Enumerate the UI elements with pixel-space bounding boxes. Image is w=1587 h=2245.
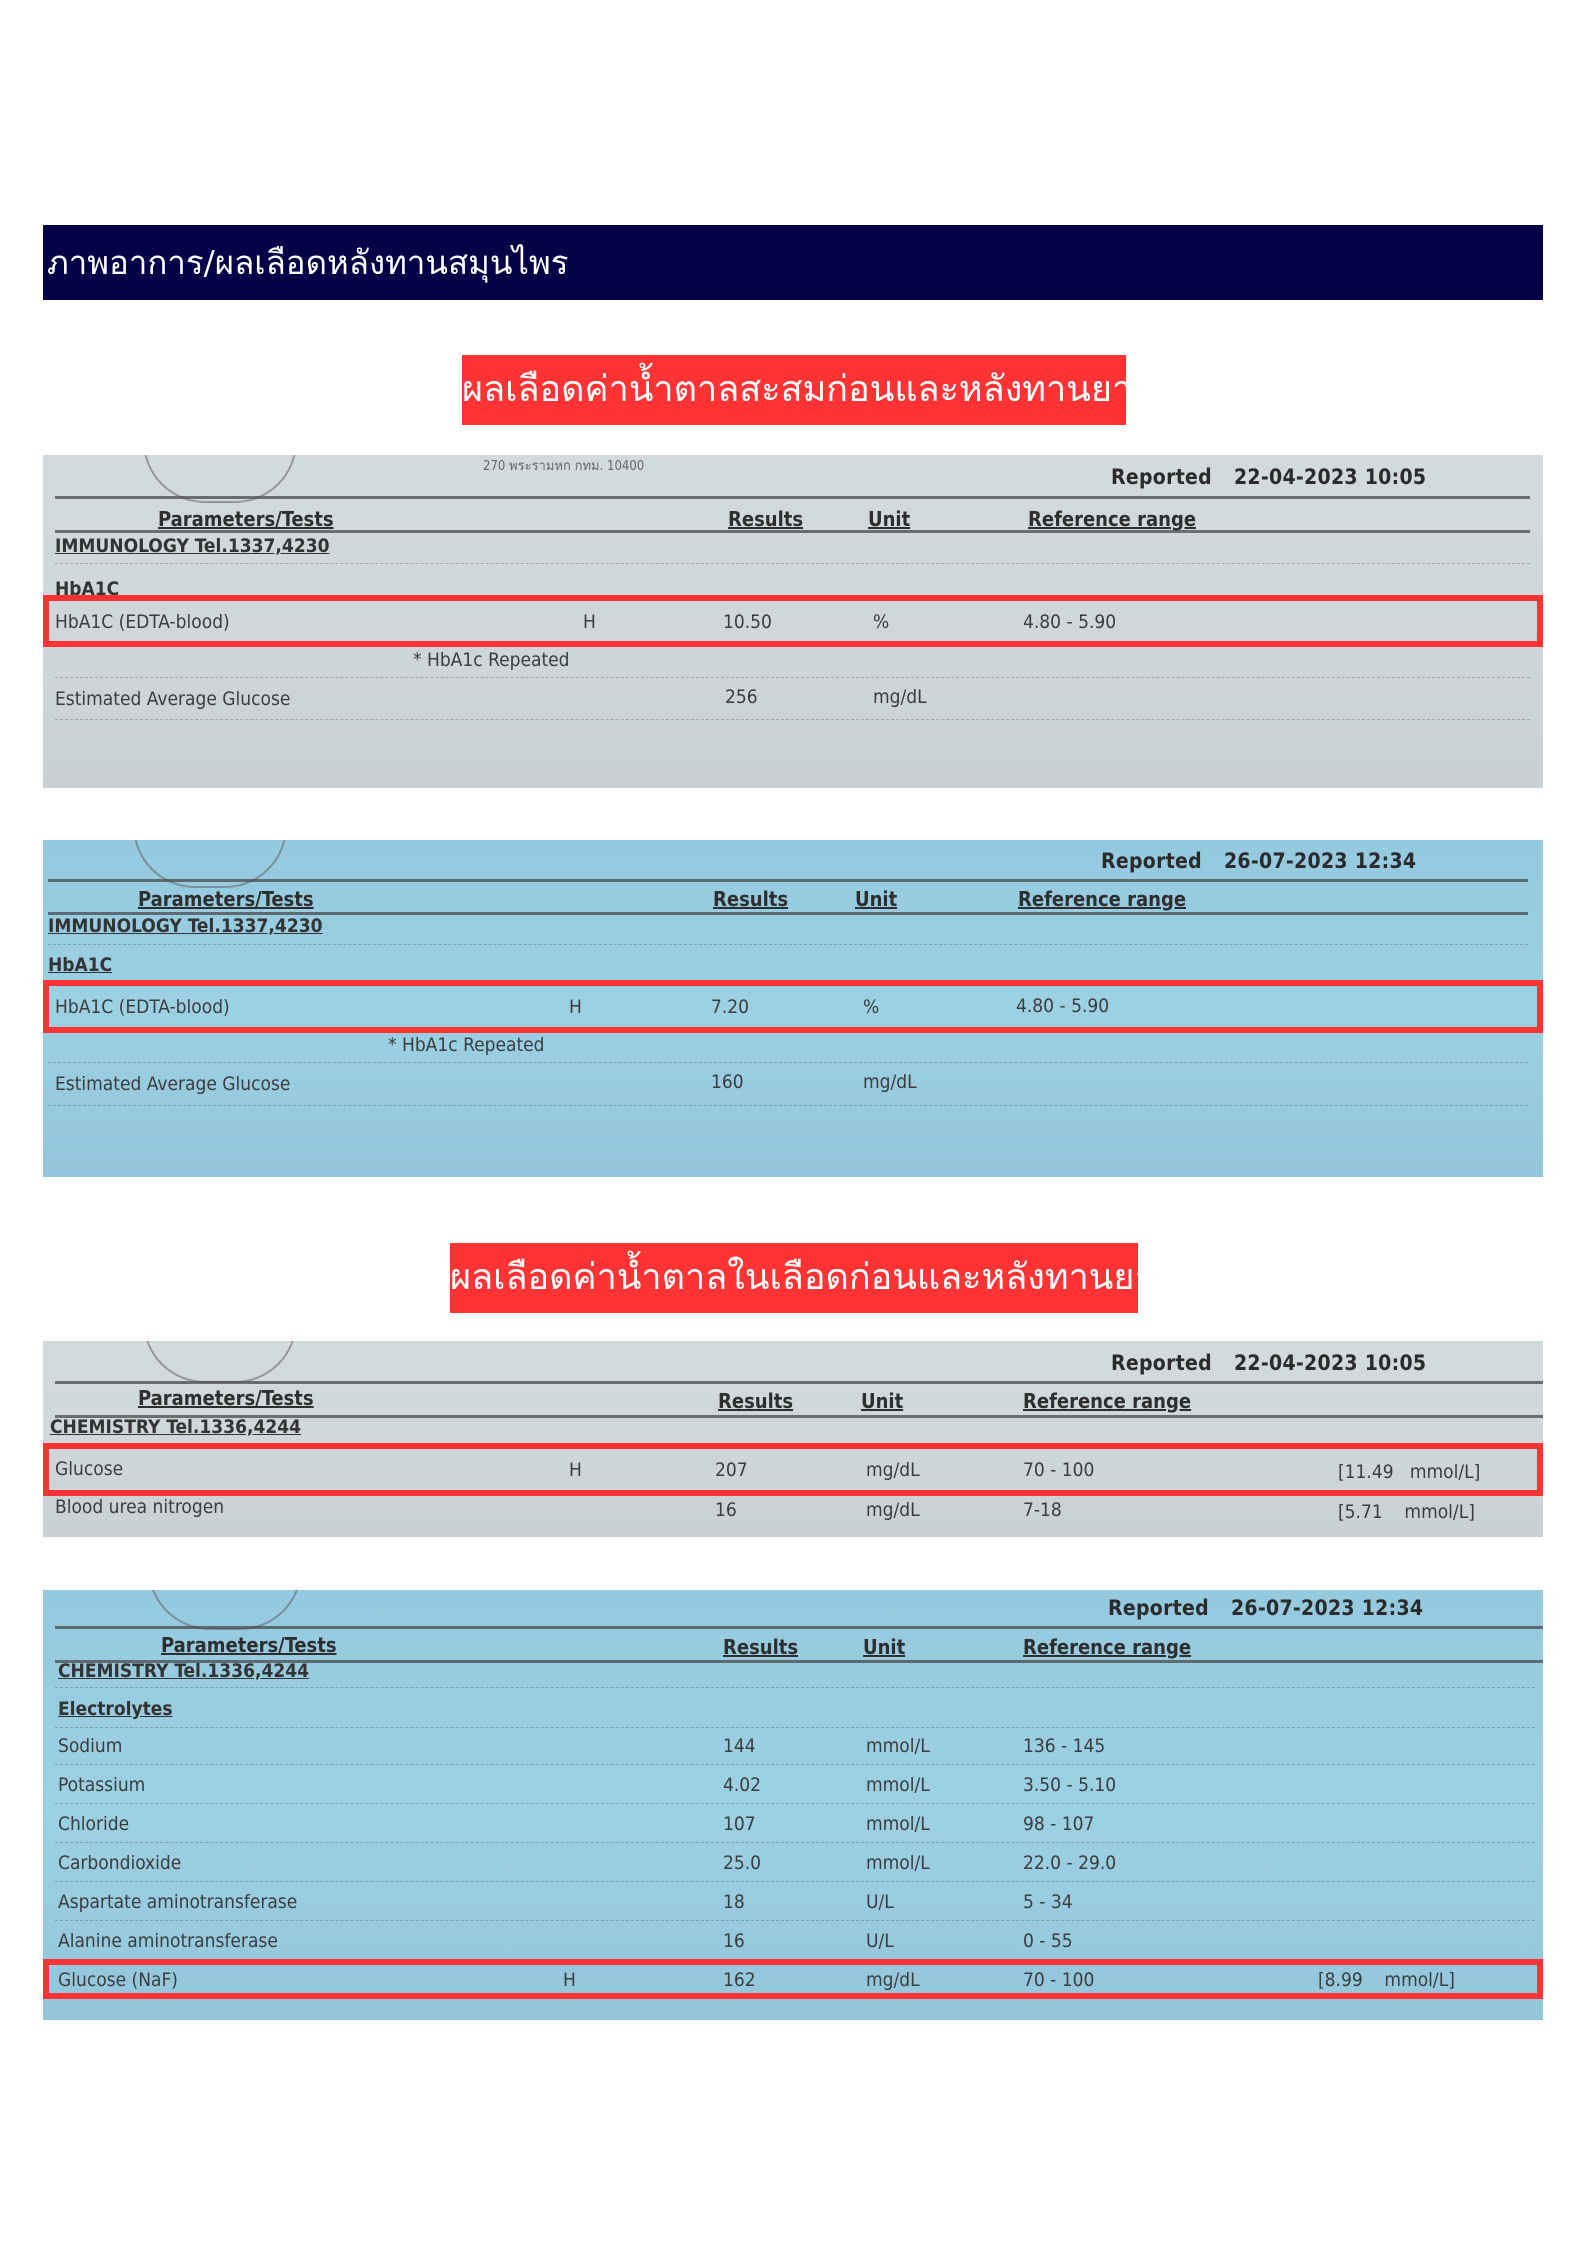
divider — [55, 1626, 1543, 1629]
row-unit: % — [873, 611, 889, 633]
header-parameters: Parameters/Tests — [138, 887, 314, 911]
lab-report-hba1c-before: 270 พระรามหก กทม. 10400 Reported22-04-20… — [43, 455, 1543, 788]
row-ref: 4.80 - 5.90 — [1016, 995, 1109, 1017]
row-flag: H — [569, 996, 582, 1018]
header-results: Results — [728, 507, 803, 531]
group-label: Electrolytes — [58, 1698, 173, 1720]
reported-timestamp: Reported26-07-2023 12:34 — [1101, 849, 1416, 873]
reported-value: 26-07-2023 12:34 — [1231, 1596, 1423, 1620]
row-si: [5.71 mmol/L] — [1338, 1501, 1475, 1523]
header-unit: Unit — [855, 887, 897, 911]
row-ref: 4.80 - 5.90 — [1023, 611, 1116, 633]
row-unit: mmol/L — [866, 1774, 930, 1796]
reported-label: Reported — [1111, 465, 1212, 489]
row-name: HbA1C (EDTA-blood) — [55, 611, 230, 633]
reported-timestamp: Reported22-04-2023 10:05 — [1111, 1351, 1426, 1375]
row-name: Aspartate aminotransferase — [58, 1891, 297, 1913]
section-title-glucose: ผลเลือดค่าน้ำตาลในเลือดก่อนและหลังทานยา — [450, 1243, 1138, 1313]
hospital-seal-icon — [148, 1590, 302, 1630]
row-result: 256 — [725, 686, 758, 708]
row-si: [11.49 mmol/L] — [1338, 1461, 1480, 1483]
row-result: 10.50 — [723, 611, 772, 633]
banner-title: ภาพอาการ/ผลเลือดหลังทานสมุนไพร — [47, 243, 569, 282]
header-parameters: Parameters/Tests — [158, 507, 334, 531]
row-ref: 3.50 - 5.10 — [1023, 1774, 1116, 1796]
row-result: 16 — [715, 1499, 737, 1521]
divider — [55, 530, 1530, 533]
row-divider — [48, 1062, 1528, 1064]
highlight-box — [43, 595, 1543, 647]
row-divider — [55, 1920, 1535, 1922]
row-note: * HbA1c Repeated — [388, 1034, 545, 1056]
row-ref: 70 - 100 — [1023, 1969, 1094, 1991]
row-unit: mmol/L — [866, 1813, 930, 1835]
reported-label: Reported — [1101, 849, 1202, 873]
row-divider — [48, 944, 1528, 946]
header-reference: Reference range — [1018, 887, 1186, 911]
row-unit: U/L — [866, 1891, 894, 1913]
row-result: 160 — [711, 1071, 744, 1093]
row-name: Alanine aminotransferase — [58, 1930, 278, 1952]
row-divider — [55, 1727, 1535, 1729]
row-ref: 22.0 - 29.0 — [1023, 1852, 1116, 1874]
lab-report-hba1c-after: Reported26-07-2023 12:34 Parameters/Test… — [43, 840, 1543, 1177]
row-unit: U/L — [866, 1930, 894, 1952]
section-title-text: ผลเลือดค่าน้ำตาลสะสมก่อนและหลังทานยา — [462, 369, 1132, 410]
row-name: Carbondioxide — [58, 1852, 181, 1874]
header-results: Results — [713, 887, 788, 911]
highlight-box — [43, 980, 1543, 1033]
row-name: Estimated Average Glucose — [55, 688, 290, 710]
row-unit: mg/dL — [866, 1969, 920, 1991]
row-si: [8.99 mmol/L] — [1318, 1969, 1455, 1991]
row-unit: mg/dL — [873, 686, 927, 708]
lab-report-glucose-after: Reported26-07-2023 12:34 Parameters/Test… — [43, 1590, 1543, 2020]
row-divider — [55, 1881, 1535, 1883]
row-ref: 7-18 — [1023, 1499, 1062, 1521]
header-reference: Reference range — [1023, 1635, 1191, 1659]
department-label: CHEMISTRY Tel.1336,4244 — [50, 1416, 301, 1438]
row-name: Estimated Average Glucose — [55, 1073, 290, 1095]
row-divider — [55, 1687, 1535, 1689]
lab-report-glucose-before: Reported22-04-2023 10:05 Parameters/Test… — [43, 1341, 1543, 1537]
row-divider — [55, 563, 1530, 565]
row-ref: 136 - 145 — [1023, 1735, 1105, 1757]
row-result: 162 — [723, 1969, 756, 1991]
row-ref: 5 - 34 — [1023, 1891, 1073, 1913]
highlight-box — [43, 1443, 1543, 1496]
row-divider — [55, 1842, 1535, 1844]
department-label: CHEMISTRY Tel.1336,4244 — [58, 1660, 309, 1682]
reported-label: Reported — [1108, 1596, 1209, 1620]
row-result: 18 — [723, 1891, 745, 1913]
row-name: Sodium — [58, 1735, 122, 1757]
reported-timestamp: Reported22-04-2023 10:05 — [1111, 465, 1426, 489]
row-flag: H — [569, 1459, 582, 1481]
row-name: Glucose — [55, 1458, 123, 1480]
row-unit: % — [863, 996, 879, 1018]
header-unit: Unit — [868, 507, 910, 531]
hospital-seal-icon — [143, 1341, 297, 1383]
department-label: IMMUNOLOGY Tel.1337,4230 — [48, 915, 323, 937]
row-result: 7.20 — [711, 996, 749, 1018]
row-unit: mmol/L — [866, 1852, 930, 1874]
row-unit: mg/dL — [866, 1499, 920, 1521]
address-fragment: 270 พระรามหก กทม. 10400 — [483, 455, 644, 476]
row-unit: mg/dL — [863, 1071, 917, 1093]
reported-value: 22-04-2023 10:05 — [1234, 465, 1426, 489]
row-result: 144 — [723, 1735, 756, 1757]
reported-timestamp: Reported26-07-2023 12:34 — [1108, 1596, 1423, 1620]
group-label: HbA1C — [48, 954, 112, 976]
page-banner: ภาพอาการ/ผลเลือดหลังทานสมุนไพร — [43, 225, 1543, 300]
header-unit: Unit — [861, 1389, 903, 1413]
divider — [55, 496, 1530, 499]
row-result: 4.02 — [723, 1774, 761, 1796]
row-result: 207 — [715, 1459, 748, 1481]
row-unit: mmol/L — [866, 1735, 930, 1757]
row-ref: 0 - 55 — [1023, 1930, 1073, 1952]
row-ref: 70 - 100 — [1023, 1459, 1094, 1481]
header-results: Results — [718, 1389, 793, 1413]
row-result: 107 — [723, 1813, 756, 1835]
row-name: Blood urea nitrogen — [55, 1496, 224, 1518]
row-result: 25.0 — [723, 1852, 761, 1874]
department-label: IMMUNOLOGY Tel.1337,4230 — [55, 535, 330, 557]
section-title-hba1c: ผลเลือดค่าน้ำตาลสะสมก่อนและหลังทานยา — [462, 355, 1126, 425]
header-unit: Unit — [863, 1635, 905, 1659]
header-results: Results — [723, 1635, 798, 1659]
row-flag: H — [583, 611, 596, 633]
row-ref: 98 - 107 — [1023, 1813, 1094, 1835]
header-parameters: Parameters/Tests — [138, 1386, 314, 1410]
divider — [55, 1381, 1543, 1384]
header-reference: Reference range — [1028, 507, 1196, 531]
row-result: 16 — [723, 1930, 745, 1952]
reported-value: 22-04-2023 10:05 — [1234, 1351, 1426, 1375]
row-flag: H — [563, 1969, 576, 1991]
row-divider — [55, 677, 1530, 679]
row-divider — [55, 1764, 1535, 1766]
row-unit: mg/dL — [866, 1459, 920, 1481]
row-name: HbA1C (EDTA-blood) — [55, 996, 230, 1018]
row-name: Chloride — [58, 1813, 129, 1835]
header-reference: Reference range — [1023, 1389, 1191, 1413]
divider — [48, 879, 1528, 882]
row-divider — [55, 719, 1530, 721]
section-title-text: ผลเลือดค่าน้ำตาลในเลือดก่อนและหลังทานยา — [450, 1257, 1155, 1298]
row-name: Glucose (NaF) — [58, 1969, 178, 1991]
row-divider — [48, 1105, 1528, 1107]
reported-value: 26-07-2023 12:34 — [1224, 849, 1416, 873]
reported-label: Reported — [1111, 1351, 1212, 1375]
row-name: Potassium — [58, 1774, 145, 1796]
row-note: * HbA1c Repeated — [413, 649, 570, 671]
row-divider — [55, 1803, 1535, 1805]
header-parameters: Parameters/Tests — [161, 1633, 337, 1657]
